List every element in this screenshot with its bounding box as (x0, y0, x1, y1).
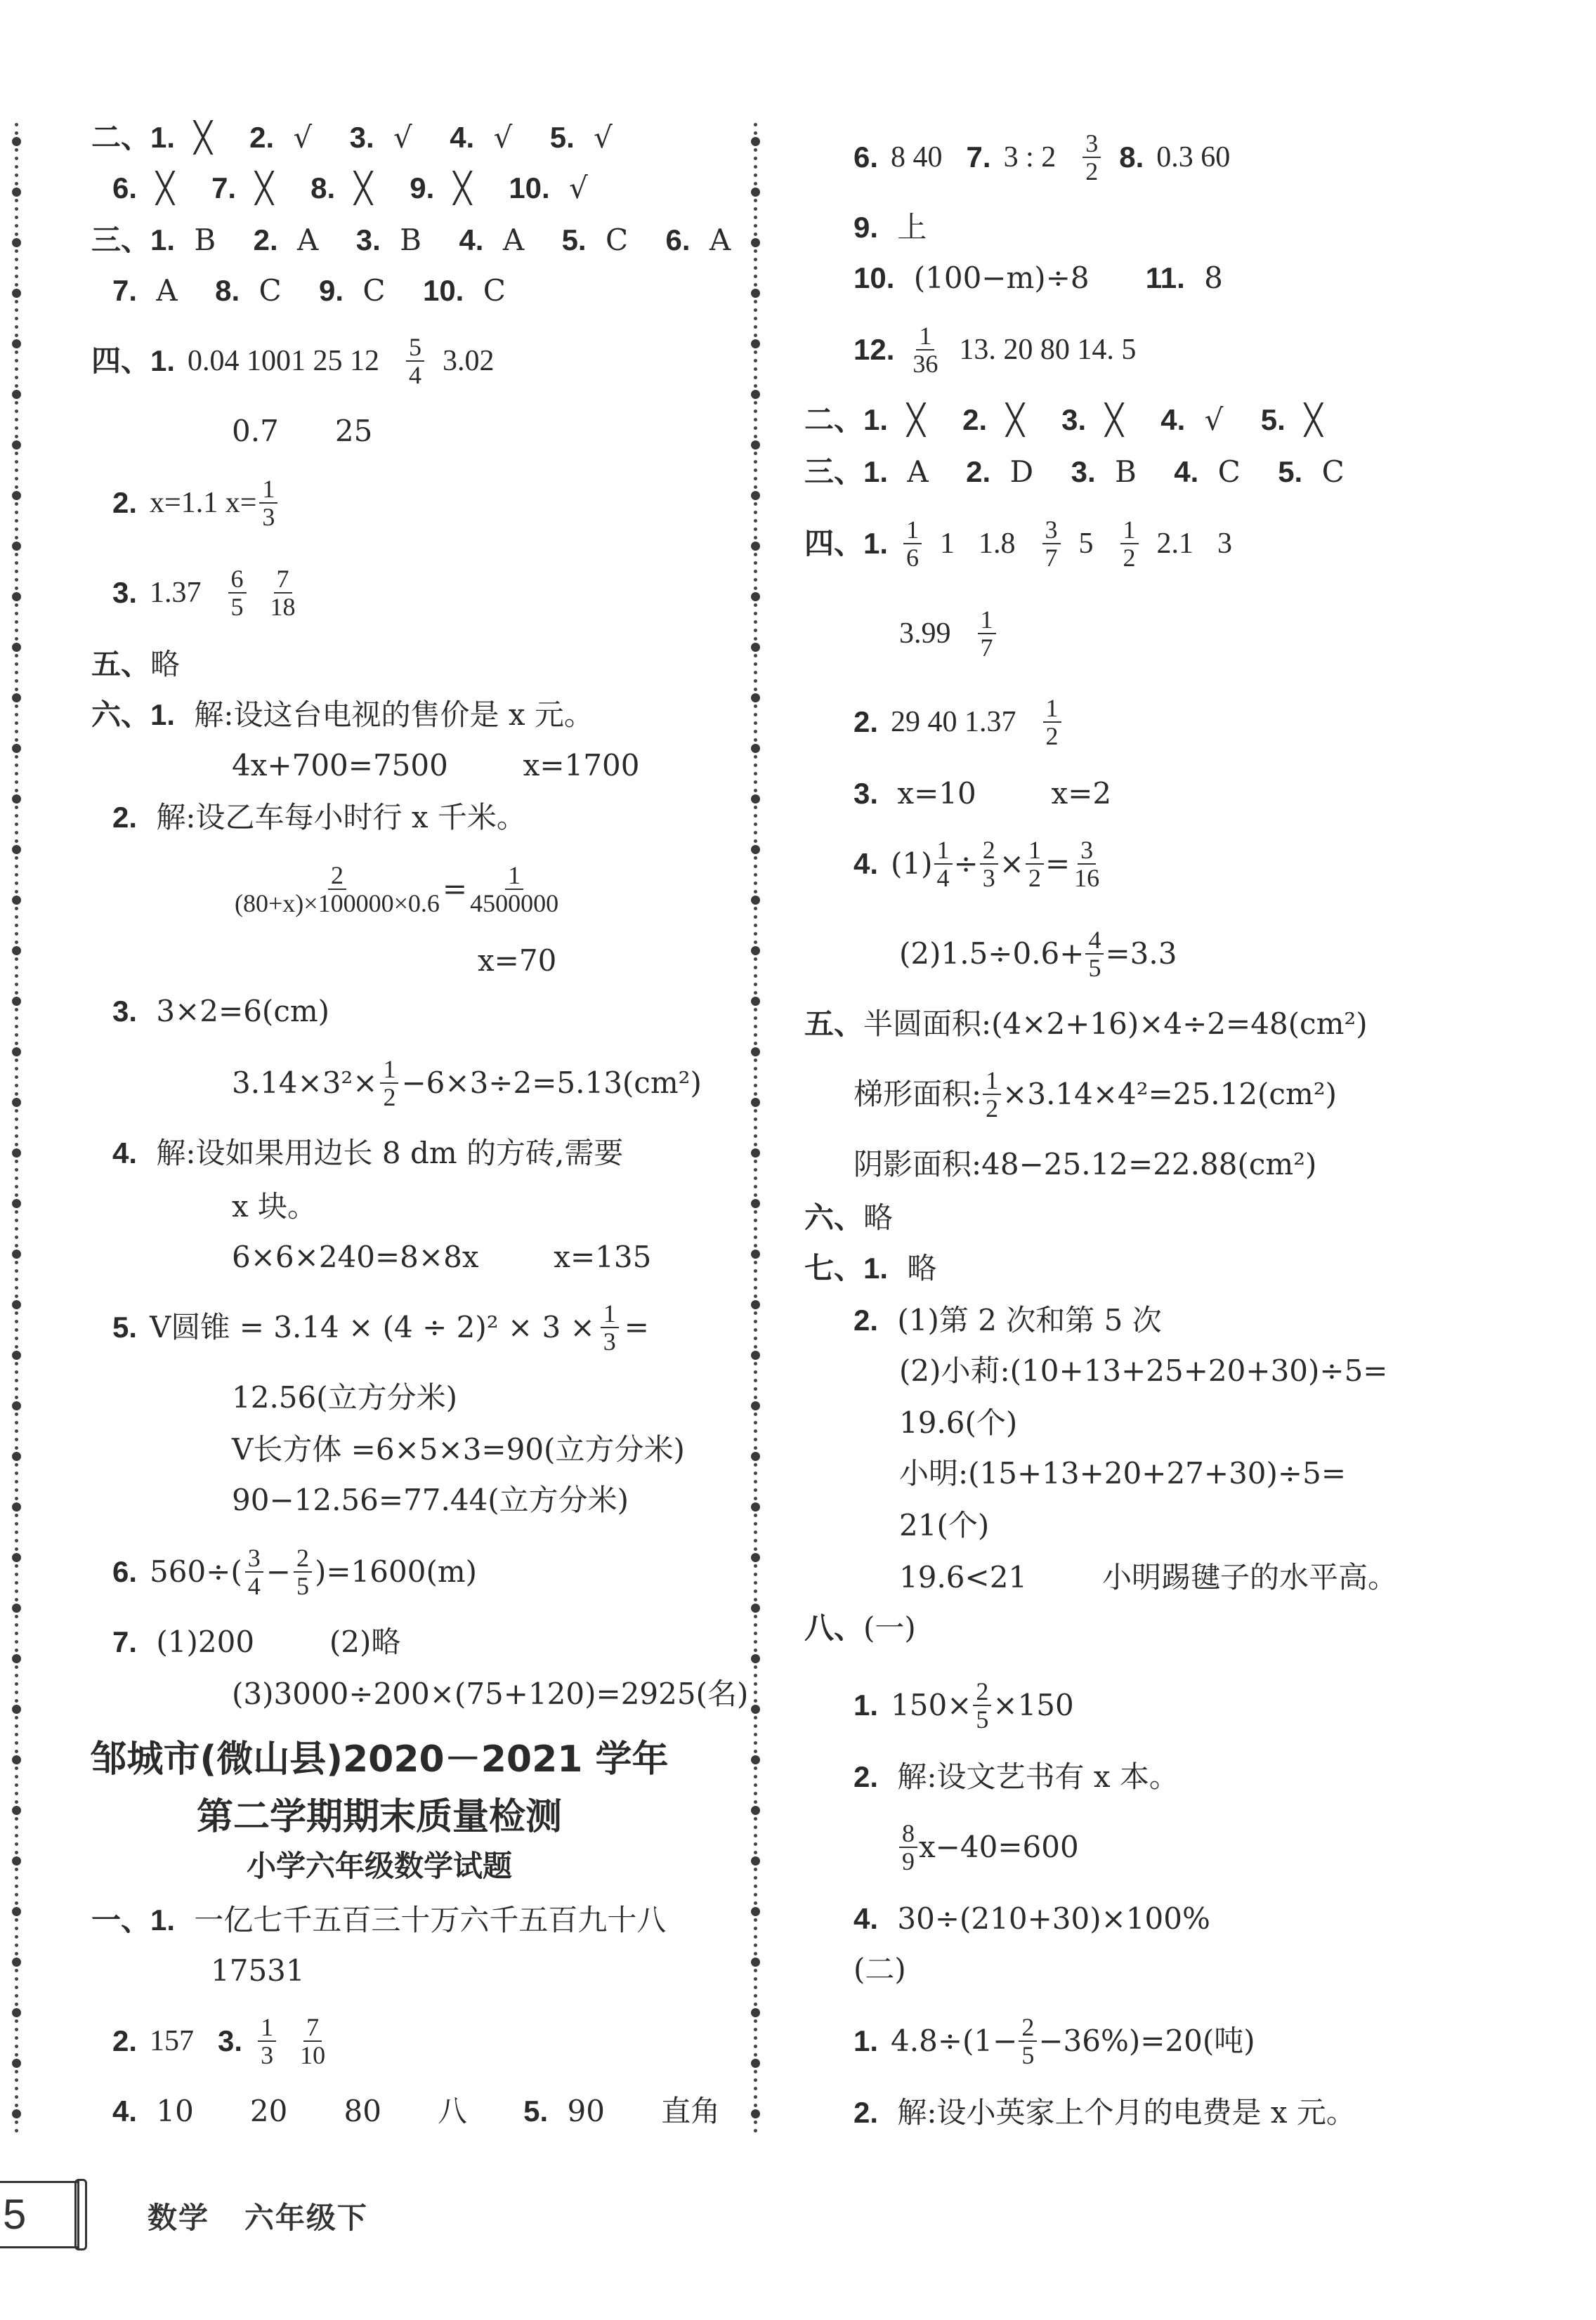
fraction: 16 (903, 516, 922, 571)
denominator: 36 (910, 350, 941, 377)
numerator: 4 (1085, 926, 1104, 955)
answer-line: 6. ╳ 7. ╳ 8. ╳ 9. ╳ 10. √ (112, 169, 588, 208)
question-number: 5. (112, 1308, 137, 1347)
denominator: 2 (1082, 158, 1101, 185)
answer-line: 七、1. 略 (804, 1249, 936, 1288)
numerator: 1 (1043, 695, 1061, 723)
answer-value: 1 (940, 524, 955, 563)
numerator: 1 (505, 862, 523, 890)
fraction: 12 (1026, 837, 1044, 891)
denominator: 18 (268, 594, 299, 620)
fraction: 23 (980, 837, 998, 891)
answer-value: 1.37 (150, 573, 202, 612)
fraction: 13 (258, 2014, 276, 2069)
fraction: 12 (983, 1067, 1001, 1122)
answer-line: 17531 (211, 1951, 305, 1991)
answer-value: V圆锥 = 3.14 × (4 ÷ 2)² × 3 × (150, 1308, 595, 1347)
denominator: 3 (980, 865, 998, 891)
numerator: 7 (274, 565, 292, 594)
denominator: (80+x)×100000×0.6 (232, 890, 443, 917)
fraction: 25 (973, 1678, 991, 1733)
answer-line: 2. 解:设文艺书有 x 本。 (853, 1757, 1179, 1797)
answer-text: 三、1. B 2. A 3. B 4. A 5. C 6. A (91, 221, 731, 260)
answer-text: 二、1. ╳ 2. ╳ 3. ╳ 4. √ 5. ╳ (804, 400, 1322, 440)
denominator: 4 (245, 1573, 263, 1599)
denominator: 10 (297, 2042, 328, 2069)
operator: × (1000, 844, 1024, 884)
scroll-curl-icon (74, 2179, 87, 2250)
fraction: 12 (380, 1056, 398, 1110)
answer-line: (2)1.5÷0.6+ 45 =3.3 (899, 934, 1177, 974)
answer-text: 七、1. 略 (804, 1249, 936, 1288)
answer-text: 六、1. 解:设这台电视的售价是 x 元。 (91, 695, 594, 735)
denominator: 7 (978, 634, 996, 661)
answer-text: 五、略 (91, 645, 180, 684)
answer-text: 五、半圆面积:(4×2+16)×4÷2=48(cm²) (804, 1004, 1368, 1044)
exam-subtitle: 小学六年级数学试题 (28, 1843, 731, 1885)
answer-line: (二) (853, 1950, 906, 1989)
numerator: 7 (303, 2014, 322, 2042)
page-number: 5 (3, 2190, 26, 2239)
numerator: 1 (1026, 837, 1044, 865)
answer-line: 9. 上 (853, 208, 927, 247)
answer-line: 2(80+x)×100000×0.6 = 14500000 (232, 870, 561, 909)
answer-line: 5. V圆锥 = 3.14 × (4 ÷ 2)² × 3 × 13 = (112, 1308, 649, 1347)
numerator: 2 (294, 1545, 312, 1573)
answer-text: 19.6(个) (899, 1403, 1017, 1443)
answer-text: 阴影面积:48−25.12=22.88(cm²) (853, 1145, 1316, 1184)
denominator: 2 (983, 1095, 1001, 1122)
answer-text: 0.7 25 (232, 412, 372, 451)
minus-sign: − (266, 1552, 291, 1592)
denominator: 2 (1120, 544, 1139, 571)
answer-line: 12. 136 13. 20 80 14. 5 (853, 330, 1160, 369)
answer-text: 90−12.56=77.44(立方分米) (232, 1481, 629, 1520)
numerator: 8 (899, 1820, 917, 1848)
answer-line: 五、半圆面积:(4×2+16)×4÷2=48(cm²) (804, 1004, 1368, 1044)
exam-title-line1: 邹城市(微山县)2020－2021 学年 (28, 1729, 731, 1782)
question-number: 3. (218, 2021, 242, 2061)
numerator: 1 (258, 2014, 276, 2042)
answer-line: 六、略 (804, 1198, 893, 1238)
answer-text: 八、(一) (804, 1608, 916, 1648)
answer-line: 4. 10 20 80 八 5. 90 直角 (112, 2092, 720, 2131)
answer-value: =3.3 (1105, 934, 1177, 974)
answer-line: 一、1. 一亿七千五百三十万六千五百九十八 (91, 1901, 666, 1940)
answer-text: 7. (1)200 (2)略 (112, 1623, 400, 1662)
answer-line: 小明:(15+13+20+27+30)÷5= (899, 1454, 1346, 1493)
denominator: 5 (1085, 955, 1104, 981)
answer-line: 6. 8 40 7. 3 : 2 32 8. 0.3 60 (853, 138, 1254, 177)
numerator: 1 (380, 1056, 398, 1084)
answer-text: 3. x=10 x=2 (853, 774, 1111, 813)
answer-line: x=70 (478, 941, 556, 981)
answer-line: 4x+700=7500 x=1700 (232, 746, 639, 785)
numerator: 1 (934, 837, 953, 865)
answer-text: 六、略 (804, 1198, 893, 1238)
answer-line: 梯形面积: 12 ×3.14×4²=25.12(cm²) (853, 1075, 1337, 1114)
denominator: 4 (406, 362, 424, 388)
fraction: 45 (1085, 926, 1104, 981)
fraction: 14500000 (467, 862, 561, 917)
answer-text: 9. 上 (853, 208, 927, 247)
answer-text: x 块。 (232, 1187, 317, 1226)
answer-value: ×150 (993, 1686, 1073, 1725)
fraction: 25 (294, 1545, 312, 1599)
numerator: 3 (245, 1545, 263, 1573)
answer-line: 4. (1) 14 ÷ 23 × 12 = 316 (853, 844, 1104, 884)
answer-line: 2. 解:设乙车每小时行 x 千米。 (112, 798, 526, 837)
answer-value: 5 (1079, 524, 1094, 563)
question-number: 四、1. (91, 341, 175, 381)
question-number: 4. (853, 844, 878, 884)
denominator: 5 (228, 594, 247, 620)
answer-line: 1. 150× 25 ×150 (853, 1686, 1074, 1725)
answer-line: 3.14×3²× 12 −6×3÷2=5.13(cm²) (232, 1063, 702, 1103)
answer-text: 7. A 8. C 9. C 10. C (112, 271, 506, 310)
numerator: 1 (903, 516, 922, 544)
denominator: 4500000 (467, 890, 561, 917)
answer-value: 29 40 1.37 (891, 702, 1016, 742)
question-number: 2. (853, 702, 878, 742)
answer-value: 3 : 2 (1004, 138, 1057, 177)
answer-text: 6. ╳ 7. ╳ 8. ╳ 9. ╳ 10. √ (112, 169, 588, 208)
answer-text: 10. (100−m)÷8 11. 8 (853, 258, 1223, 298)
footer-grade: 六年级下 (244, 2201, 368, 2235)
answer-value: 3 (1217, 524, 1232, 563)
operator: = (1045, 844, 1070, 884)
numerator: 3 (1078, 837, 1096, 865)
column-divider-dotted-line (750, 123, 760, 2132)
answer-line: 19.6(个) (899, 1403, 1017, 1443)
answer-text: 2. 解:设文艺书有 x 本。 (853, 1757, 1179, 1797)
answer-text: V长方体 =6×5×3=90(立方分米) (232, 1430, 685, 1469)
answer-value: )=1600(m) (315, 1552, 477, 1592)
answer-text: (二) (853, 1950, 906, 1989)
answer-line: 3. 1.37 65 718 (112, 573, 317, 612)
answer-text: 4. 10 20 80 八 5. 90 直角 (112, 2092, 720, 2131)
answer-value: −36%)=20(吨) (1038, 2021, 1255, 2061)
answer-text: 17531 (211, 1951, 305, 1991)
answer-value: 3.14×3²× (232, 1063, 377, 1103)
answer-line: 4. 30÷(210+30)×100% (853, 1899, 1210, 1939)
answer-line: 二、1. ╳ 2. √ 3. √ 4. √ 5. √ (91, 118, 613, 157)
denominator: 7 (1042, 544, 1061, 571)
exam-title-line2: 第二学期期末质量检测 (28, 1787, 731, 1840)
answer-line: 六、1. 解:设这台电视的售价是 x 元。 (91, 695, 594, 735)
answer-line: 0.7 25 (232, 412, 372, 451)
answer-value: −6×3÷2=5.13(cm²) (401, 1063, 701, 1103)
answer-text: 一、1. 一亿七千五百三十万六千五百九十八 (91, 1901, 666, 1940)
fraction: 34 (245, 1545, 263, 1599)
numerator: 3 (1042, 516, 1061, 544)
answer-line: 7. A 8. C 9. C 10. C (112, 271, 506, 310)
answer-value: 2.1 (1157, 524, 1194, 563)
answer-line: 21(个) (899, 1506, 989, 1545)
numerator: 1 (601, 1300, 619, 1328)
answer-value: = (624, 1308, 649, 1347)
fraction: 2(80+x)×100000×0.6 (232, 862, 443, 917)
fraction: 718 (268, 565, 299, 620)
numerator: 1 (978, 606, 996, 634)
fraction: 710 (297, 2014, 328, 2069)
answer-line: 2. 29 40 1.37 12 (853, 702, 1080, 742)
answer-value: x=1.1 x= (150, 483, 256, 523)
numerator: 1 (1120, 516, 1139, 544)
answer-value: 157 (150, 2021, 194, 2061)
answer-text: 19.6<21 小明踢毽子的水平高。 (899, 1558, 1397, 1597)
numerator: 5 (406, 334, 424, 362)
answer-line: 2. (1)第 2 次和第 5 次 (853, 1301, 1162, 1340)
answer-line: 2. 解:设小英家上个月的电费是 x 元。 (853, 2093, 1356, 2132)
answer-text: 6×6×240=8×8x x=135 (232, 1238, 651, 1277)
answer-line: V长方体 =6×5×3=90(立方分米) (232, 1430, 685, 1469)
answer-line: 89 x−40=600 (899, 1828, 1079, 1867)
answer-value: x−40=600 (919, 1828, 1079, 1867)
question-number: 12. (853, 330, 894, 369)
answer-line: 八、(一) (804, 1608, 916, 1648)
fraction: 89 (899, 1820, 917, 1875)
denominator: 16 (1071, 865, 1102, 891)
denominator: 3 (258, 2042, 276, 2069)
question-number: 2. (112, 483, 137, 523)
numerator: 1 (259, 476, 277, 504)
fraction: 12 (1120, 516, 1139, 571)
equals-sign: = (443, 870, 467, 909)
answer-line: 三、1. A 2. D 3. B 4. C 5. C (804, 452, 1345, 492)
footer-subject: 数学 (148, 2201, 209, 2235)
denominator: 5 (294, 1573, 312, 1599)
denominator: 2 (380, 1084, 398, 1110)
answer-line: 4. 解:设如果用边长 8 dm 的方砖,需要 (112, 1134, 623, 1173)
answer-line: (2)小莉:(10+13+25+20+30)÷5= (899, 1351, 1388, 1391)
denominator: 3 (601, 1328, 619, 1355)
fraction: 136 (910, 322, 941, 377)
answer-value: 150× (891, 1686, 972, 1725)
fraction: 54 (406, 334, 424, 388)
answer-text: 2. (1)第 2 次和第 5 次 (853, 1301, 1162, 1340)
answer-line: (3)3000÷200×(75+120)=2925(名) (232, 1675, 748, 1714)
answer-text: x=70 (478, 941, 556, 981)
answer-value: 13. 20 80 14. 5 (959, 330, 1136, 369)
answer-text: 4x+700=7500 x=1700 (232, 746, 639, 785)
answer-value: (2)1.5÷0.6+ (899, 934, 1084, 974)
answer-line: 2. 157 3. 13 710 (112, 2021, 346, 2061)
fraction: 37 (1042, 516, 1061, 571)
answer-value: 560÷( (150, 1552, 242, 1592)
fraction: 13 (259, 476, 277, 530)
numerator: 3 (1082, 130, 1101, 158)
answer-text: 4. 30÷(210+30)×100% (853, 1899, 1210, 1939)
answer-line: 90−12.56=77.44(立方分米) (232, 1481, 629, 1520)
answer-line: x 块。 (232, 1187, 317, 1226)
question-number: 8. (1119, 138, 1144, 177)
answer-value: 1.8 (979, 524, 1016, 563)
answer-line: 6. 560÷( 34 − 25 )=1600(m) (112, 1552, 477, 1592)
footer-label: 数学 六年级下 (148, 2195, 368, 2237)
answer-line: 四、1. 16 1 1.8 37 5 12 2.1 3 (804, 524, 1256, 563)
numerator: 2 (328, 862, 346, 890)
answer-text: 4. 解:设如果用边长 8 dm 的方砖,需要 (112, 1134, 623, 1173)
answer-value: ×3.14×4²=25.12(cm²) (1002, 1075, 1337, 1114)
answer-text: 小明:(15+13+20+27+30)÷5= (899, 1454, 1346, 1493)
binding-dotted-line-left (11, 123, 21, 2132)
denominator: 5 (1019, 2042, 1037, 2069)
denominator: 2 (1043, 723, 1061, 749)
answer-line: 五、略 (91, 645, 180, 684)
fraction: 316 (1071, 837, 1102, 891)
question-number: 7. (967, 138, 991, 177)
answer-text: 3. 3×2=6(cm) (112, 992, 329, 1031)
answer-line: 1. 4.8÷(1− 25 −36%)=20(吨) (853, 2021, 1255, 2061)
answer-value: (1) (891, 844, 933, 884)
answer-line: 12.56(立方分米) (232, 1378, 457, 1417)
denominator: 5 (973, 1706, 991, 1733)
denominator: 3 (259, 504, 277, 530)
answer-text: 二、1. ╳ 2. √ 3. √ 4. √ 5. √ (91, 118, 613, 157)
answer-line: 二、1. ╳ 2. ╳ 3. ╳ 4. √ 5. ╳ (804, 400, 1322, 440)
answer-line: 19.6<21 小明踢毽子的水平高。 (899, 1558, 1397, 1597)
answer-value: 3.99 (899, 614, 951, 653)
answer-value: 4.8÷(1− (891, 2021, 1017, 2061)
answer-line: 10. (100−m)÷8 11. 8 (853, 258, 1223, 298)
answer-line: 6×6×240=8×8x x=135 (232, 1238, 651, 1277)
answer-line: 三、1. B 2. A 3. B 4. A 5. C 6. A (91, 221, 731, 260)
answer-line: 3.99 17 (899, 614, 1014, 653)
fraction: 17 (978, 606, 996, 661)
fraction: 65 (228, 565, 247, 620)
fraction: 14 (934, 837, 953, 891)
answer-text: 三、1. A 2. D 3. B 4. C 5. C (804, 452, 1345, 492)
answer-text: 2. 解:设小英家上个月的电费是 x 元。 (853, 2093, 1356, 2132)
numerator: 1 (983, 1067, 1001, 1095)
question-number: 6. (112, 1552, 137, 1592)
numerator: 2 (973, 1678, 991, 1706)
fraction: 12 (1043, 695, 1061, 749)
answer-text: 12.56(立方分米) (232, 1378, 457, 1417)
denominator: 4 (934, 865, 953, 891)
answer-line: 7. (1)200 (2)略 (112, 1623, 400, 1662)
question-number: 6. (853, 138, 878, 177)
answer-value: 0.04 1001 25 12 (188, 341, 379, 381)
answer-value: 8 40 (891, 138, 943, 177)
question-number: 1. (853, 2021, 878, 2061)
answer-value: 梯形面积: (853, 1075, 981, 1114)
fraction: 13 (601, 1300, 619, 1355)
numerator: 2 (1019, 2014, 1037, 2042)
fraction: 32 (1082, 130, 1101, 185)
answer-value: 3.02 (443, 341, 495, 381)
denominator: 9 (899, 1848, 917, 1875)
answer-line: 四、1. 0.04 1001 25 12 54 3.02 (91, 341, 518, 381)
question-number: 2. (112, 2021, 137, 2061)
numerator: 6 (228, 565, 247, 594)
answer-line: 阴影面积:48−25.12=22.88(cm²) (853, 1145, 1316, 1184)
answer-text: 2. 解:设乙车每小时行 x 千米。 (112, 798, 526, 837)
operator: ÷ (954, 844, 979, 884)
fraction: 25 (1019, 2014, 1037, 2069)
question-number: 1. (853, 1686, 878, 1725)
numerator: 2 (980, 837, 998, 865)
question-number: 3. (112, 573, 137, 612)
answer-text: (2)小莉:(10+13+25+20+30)÷5= (899, 1351, 1388, 1391)
answer-line: 3. 3×2=6(cm) (112, 992, 329, 1031)
answer-line: 2. x=1.1 x= 13 (112, 483, 296, 523)
question-number: 四、1. (804, 524, 888, 563)
answer-line: 3. x=10 x=2 (853, 774, 1111, 813)
answer-value: 0.3 60 (1156, 138, 1230, 177)
numerator: 1 (916, 322, 934, 350)
denominator: 6 (903, 544, 922, 571)
answer-text: 21(个) (899, 1506, 989, 1545)
answer-text: (3)3000÷200×(75+120)=2925(名) (232, 1675, 748, 1714)
denominator: 2 (1026, 865, 1044, 891)
